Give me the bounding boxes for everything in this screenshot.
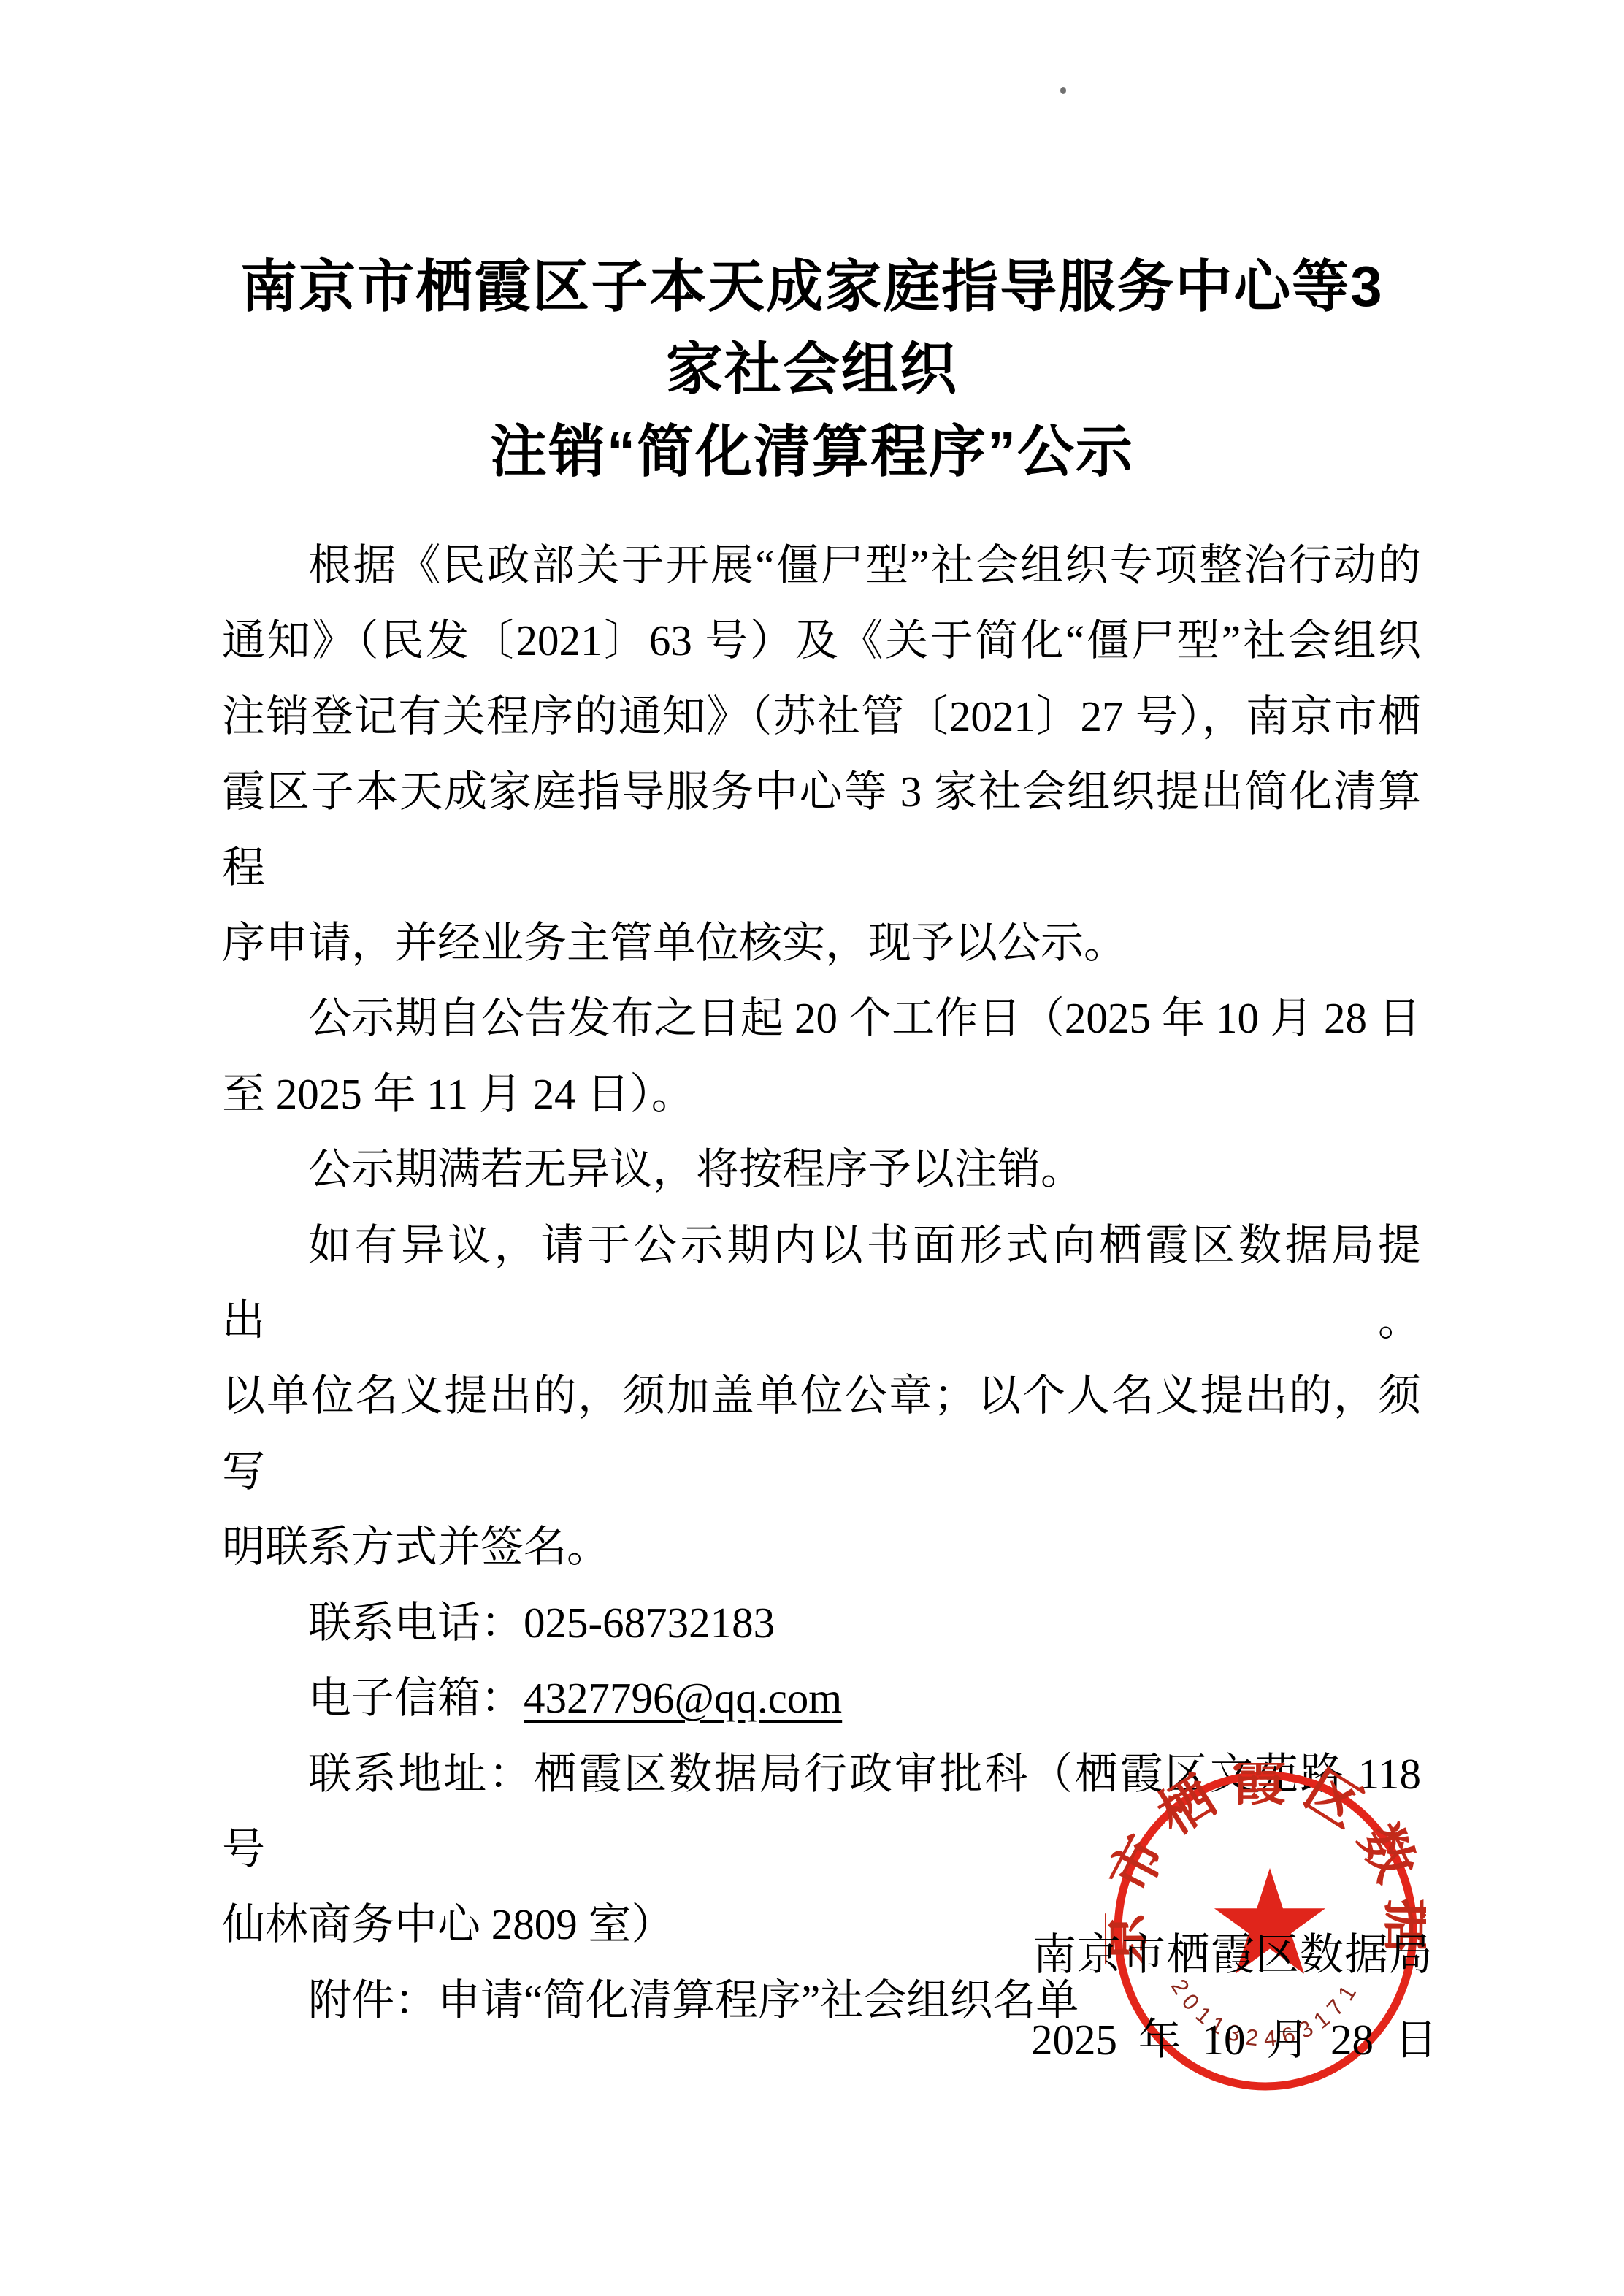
- title-line-1: 南京市栖霞区子本天成家庭指导服务中心等3家社会组织: [213, 245, 1411, 410]
- body-line: 至 2025 年 11 月 24 日）。: [222, 1057, 1421, 1132]
- body-line: 公示期满若无异议，将按程序予以注销。: [222, 1132, 1421, 1207]
- contact-email-line: 电子信箱：4327796@qq.com: [222, 1661, 1421, 1736]
- body-line: 注销登记有关程序的通知》（苏社管〔2021〕27 号），南京市栖: [222, 679, 1421, 754]
- body-line: 序申请，并经业务主管单位核实，现予以公示。: [222, 906, 1421, 981]
- signature-date: 2025 年 10 月 28 日: [1031, 2005, 1438, 2067]
- signature-org: 南京市栖霞区数据局: [1033, 1920, 1433, 1983]
- body-line: 明联系方式并签名。: [222, 1509, 1421, 1585]
- body-line: 如有异议，请于公示期内以书面形式向栖霞区数据局提出。: [222, 1208, 1421, 1359]
- body-line: 公示期自公告发布之日起 20 个工作日（2025 年 10 月 28 日: [222, 981, 1421, 1056]
- email-label: 电子信箱：: [308, 1674, 524, 1722]
- body-line: 根据《民政部关于开展“僵尸型”社会组织专项整治行动的: [222, 528, 1421, 603]
- body-line: 通知》（民发〔2021〕63 号）及《关于简化“僵尸型”社会组织: [222, 603, 1421, 678]
- body-line: 霞区子本天成家庭指导服务中心等 3 家社会组织提出简化清算程: [222, 754, 1421, 906]
- scan-artifact-dot: [1060, 87, 1066, 94]
- title-line-2: 注销“简化清算程序”公示: [213, 410, 1411, 493]
- contact-phone-line: 联系电话：025-68732183: [222, 1585, 1421, 1661]
- body-line: 以单位名义提出的，须加盖单位公章；以个人名义提出的，须写: [222, 1358, 1421, 1509]
- document-page: 南京市栖霞区子本天成家庭指导服务中心等3家社会组织 注销“简化清算程序”公示 根…: [0, 0, 1624, 2296]
- document-title: 南京市栖霞区子本天成家庭指导服务中心等3家社会组织 注销“简化清算程序”公示: [213, 245, 1411, 493]
- email-link[interactable]: 4327796@qq.com: [524, 1674, 842, 1722]
